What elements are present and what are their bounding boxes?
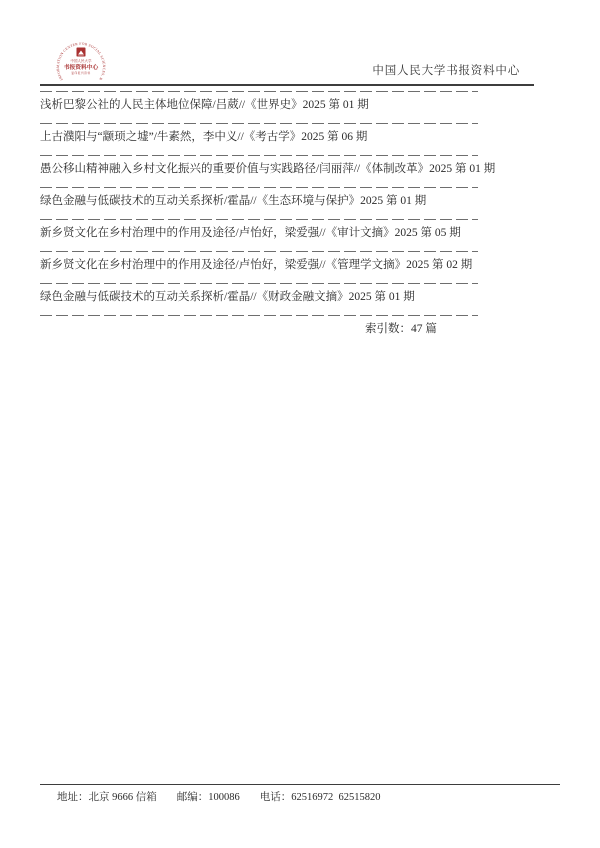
seal-center-name-text: 书报资料中心 <box>64 63 99 71</box>
entry-text: 浅析巴黎公社的人民主体地位保障/吕葳//《世界史》2025 第 01 期 <box>40 92 560 123</box>
entry-text: 绿色金融与低碳技术的互动关系探析/霍晶//《生态环境与保护》2025 第 01 … <box>40 188 560 219</box>
entry-text: 绿色金融与低碳技术的互动关系探析/霍晶//《财政金融文摘》2025 第 01 期 <box>40 284 560 315</box>
entry-text: 上古濮阳与“颛顼之墟”/牛素然，李中义//《考古学》2025 第 06 期 <box>40 124 560 155</box>
bibliography-entry: 绿色金融与低碳技术的互动关系探析/霍晶//《财政金融文摘》2025 第 01 期 <box>40 283 560 315</box>
bibliography-entry: 新乡贤文化在乡村治理中的作用及途径/卢怡好，梁爱强//《管理学文摘》2025 第… <box>40 251 560 283</box>
dashed-separator <box>40 315 478 316</box>
footer: 地址：北京 9666 信箱 邮编：100086 电话：62516972 6251… <box>57 789 381 804</box>
header-divider <box>40 84 534 86</box>
entry-text: 愚公移山精神融入乡村文化振兴的重要价值与实践路径/闫丽萍//《体制改革》2025… <box>40 156 560 187</box>
entry-text: 新乡贤文化在乡村治理中的作用及途径/卢怡好，梁爱强//《管理学文摘》2025 第… <box>40 252 560 283</box>
book-emblem-icon <box>77 48 86 57</box>
bibliography-entry: 浅析巴黎公社的人民主体地位保障/吕葳//《世界史》2025 第 01 期 <box>40 91 560 123</box>
bibliography-entry: 绿色金融与低碳技术的互动关系探析/霍晶//《生态环境与保护》2025 第 01 … <box>40 187 560 219</box>
seal-subtitle-text: 复印报刊资料 <box>71 71 91 75</box>
index-count: 索引数：47 篇 <box>365 320 437 336</box>
footer-divider <box>40 784 560 785</box>
bibliography-list: 浅析巴黎公社的人民主体地位保障/吕葳//《世界史》2025 第 01 期 上古濮… <box>40 91 560 316</box>
footer-phone: 电话：62516972 62515820 <box>260 789 381 804</box>
bibliography-entry: 愚公移山精神融入乡村文化振兴的重要价值与实践路径/闫丽萍//《体制改革》2025… <box>40 155 560 187</box>
footer-address: 地址：北京 9666 信箱 <box>57 789 157 804</box>
bibliography-entry: 上古濮阳与“颛顼之墟”/牛素然，李中义//《考古学》2025 第 06 期 <box>40 123 560 155</box>
entry-text: 新乡贤文化在乡村治理中的作用及途径/卢怡好，梁爱强//《审计文摘》2025 第 … <box>40 220 560 251</box>
bibliography-entry: 新乡贤文化在乡村治理中的作用及途径/卢怡好，梁爱强//《审计文摘》2025 第 … <box>40 219 560 251</box>
seal-university-text: 中国人民大学 <box>71 58 92 63</box>
footer-postcode: 邮编：100086 <box>177 789 240 804</box>
header-org-name: 中国人民大学书报资料中心 <box>372 62 520 78</box>
document-page: INFORMATION CENTER FOR SOCIAL SCIENCES, … <box>0 0 600 848</box>
